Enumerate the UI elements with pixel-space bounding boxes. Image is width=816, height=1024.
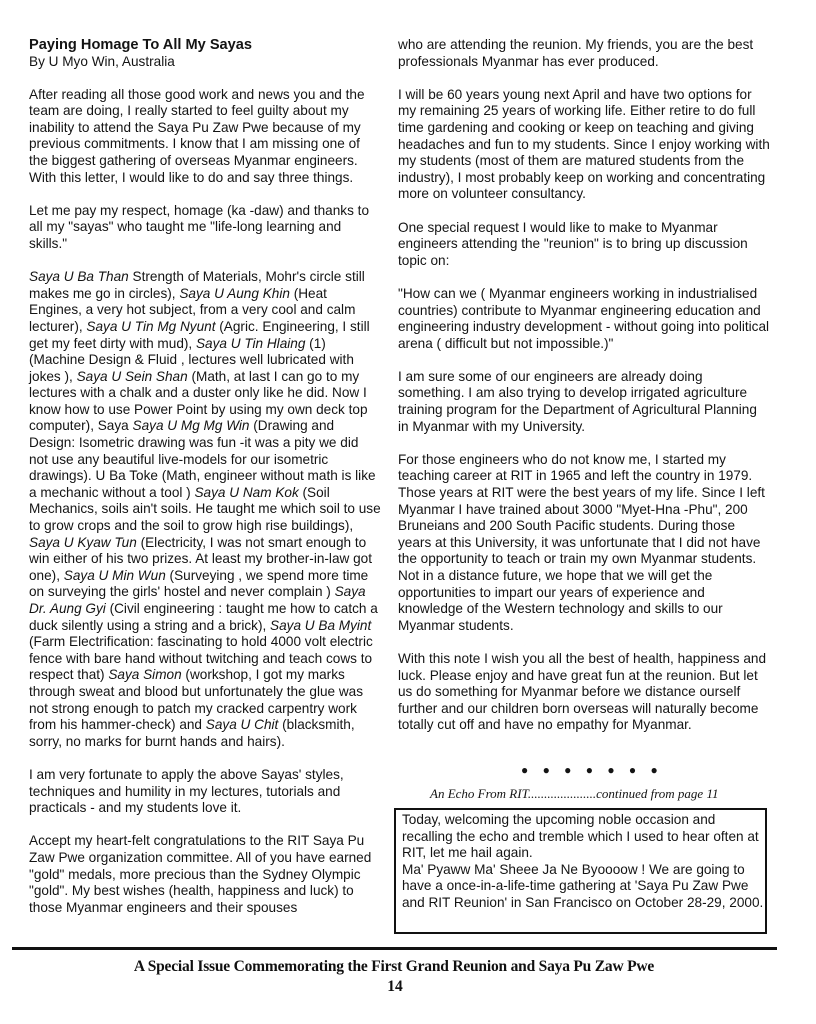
left-column: Paying Homage To All My Sayas By U Myo W…: [29, 37, 381, 933]
paragraph-discussion-topic: "How can we ( Myanmar engineers working …: [398, 286, 770, 352]
article-end-mark: ● ● ● ● ● ● ●: [521, 763, 663, 777]
saya-name: Saya U Tin Mg Nyunt: [86, 319, 215, 334]
paragraph-fortunate: I am very fortunate to apply the above S…: [29, 767, 381, 817]
paragraph-biography: For those engineers who do not know me, …: [398, 452, 770, 635]
continued-from-line: An Echo From RIT.....................con…: [430, 786, 719, 802]
paragraph-retirement: I will be 60 years young next April and …: [398, 87, 770, 203]
paragraph-closing: With this note I wish you all the best o…: [398, 651, 770, 734]
article-byline: By U Myo Win, Australia: [29, 54, 381, 71]
saya-name: Saya U Chit: [206, 717, 279, 732]
echo-paragraph-intro: Today, welcoming the upcoming noble occa…: [402, 812, 765, 862]
article-title: Paying Homage To All My Sayas: [29, 37, 381, 54]
echo-from-rit-box: Today, welcoming the upcoming noble occa…: [394, 808, 767, 934]
right-column: who are attending the reunion. My friend…: [398, 37, 770, 751]
paragraph-congratulations: Accept my heart-felt congratulations to …: [29, 833, 381, 916]
paragraph-sayas-list: Saya U Ba Than Strength of Materials, Mo…: [29, 269, 381, 750]
saya-name: Saya U Ba Than: [29, 269, 129, 284]
paragraph-continuation: who are attending the reunion. My friend…: [398, 37, 770, 70]
footer-divider: [12, 947, 777, 950]
saya-name: Saya U Tin Hlaing: [196, 336, 305, 351]
saya-name: Saya U Aung Khin: [179, 286, 290, 301]
echo-paragraph-reunion: Ma' Pyaww Ma' Sheee Ja Ne Byoooow ! We a…: [402, 862, 765, 912]
saya-name: Saya U Mg Mg Win: [133, 418, 250, 433]
paragraph-request: One special request I would like to make…: [398, 220, 770, 270]
saya-name: Saya U Nam Kok: [194, 485, 298, 500]
saya-name: Saya U Ba Myint: [270, 618, 371, 633]
saya-name: Saya U Kyaw Tun: [29, 535, 137, 550]
saya-name: Saya U Sein Shan: [77, 369, 188, 384]
paragraph-agriculture: I am sure some of our engineers are alre…: [398, 369, 770, 435]
footer-issue-title: A Special Issue Commemorating the First …: [0, 958, 802, 976]
saya-name: Saya U Min Wun: [64, 568, 166, 583]
paragraph-intro: After reading all those good work and ne…: [29, 87, 381, 187]
saya-name: Saya Simon: [108, 667, 181, 682]
paragraph-respect: Let me pay my respect, homage (ka -daw) …: [29, 203, 381, 253]
page-number: 14: [0, 978, 803, 996]
